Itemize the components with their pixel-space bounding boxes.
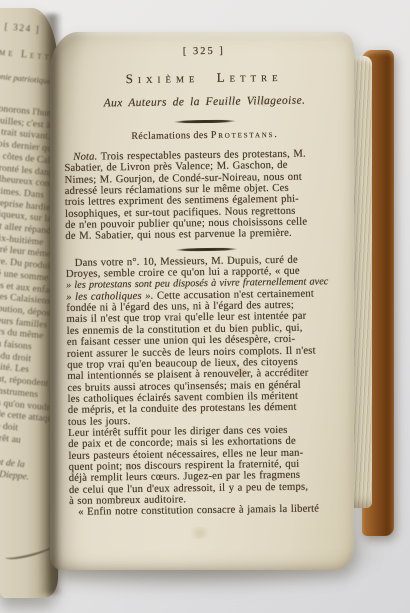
nota-paragraph: Nota. Trois respectables pasteurs des pr… [64, 148, 347, 243]
nota-lines: Sabatier, de Livron près Valence; M. Gas… [64, 159, 347, 242]
section-heading-prefix: Réclamations des [131, 130, 211, 142]
paragraph-interet: Leur intérêt suffit pour les diriger dan… [68, 424, 351, 507]
foxing-stain [187, 527, 213, 539]
right-page-text: [ 325 ] Sixième Lettre Aux Auteurs de la… [63, 44, 352, 519]
letter-title: Sixième Lettre [63, 68, 345, 88]
section-heading-smallcaps: Protestans. [211, 129, 279, 141]
paragraph-enfin: « Enfin notre constitution consacre à ja… [69, 503, 351, 518]
paragraph-dupuis: Dans votre n°. 10, Messieurs, M. Dupuis,… [66, 254, 350, 428]
section-heading: Réclamations des Protestans. [64, 128, 346, 143]
page-number: [ 325 ] [63, 44, 345, 59]
swelled-rule [167, 247, 247, 251]
right-page: [ 325 ] Sixième Lettre Aux Auteurs de la… [50, 32, 354, 570]
paragraph-dupuis-rest: fondée ni à l'égard des uns, ni à l'égar… [66, 299, 350, 428]
left-page-number: [ 324 ] [1, 22, 58, 46]
swelled-rule [165, 119, 245, 123]
letter-subtitle: Aux Auteurs de la Feuille Villageoise. [63, 94, 345, 110]
paragraph-interet-lines: Leur intérêt suffit pour les diriger dan… [68, 424, 351, 507]
book-photo: [ 324 ] me Lettre onie patriotique. hono… [0, 0, 410, 613]
